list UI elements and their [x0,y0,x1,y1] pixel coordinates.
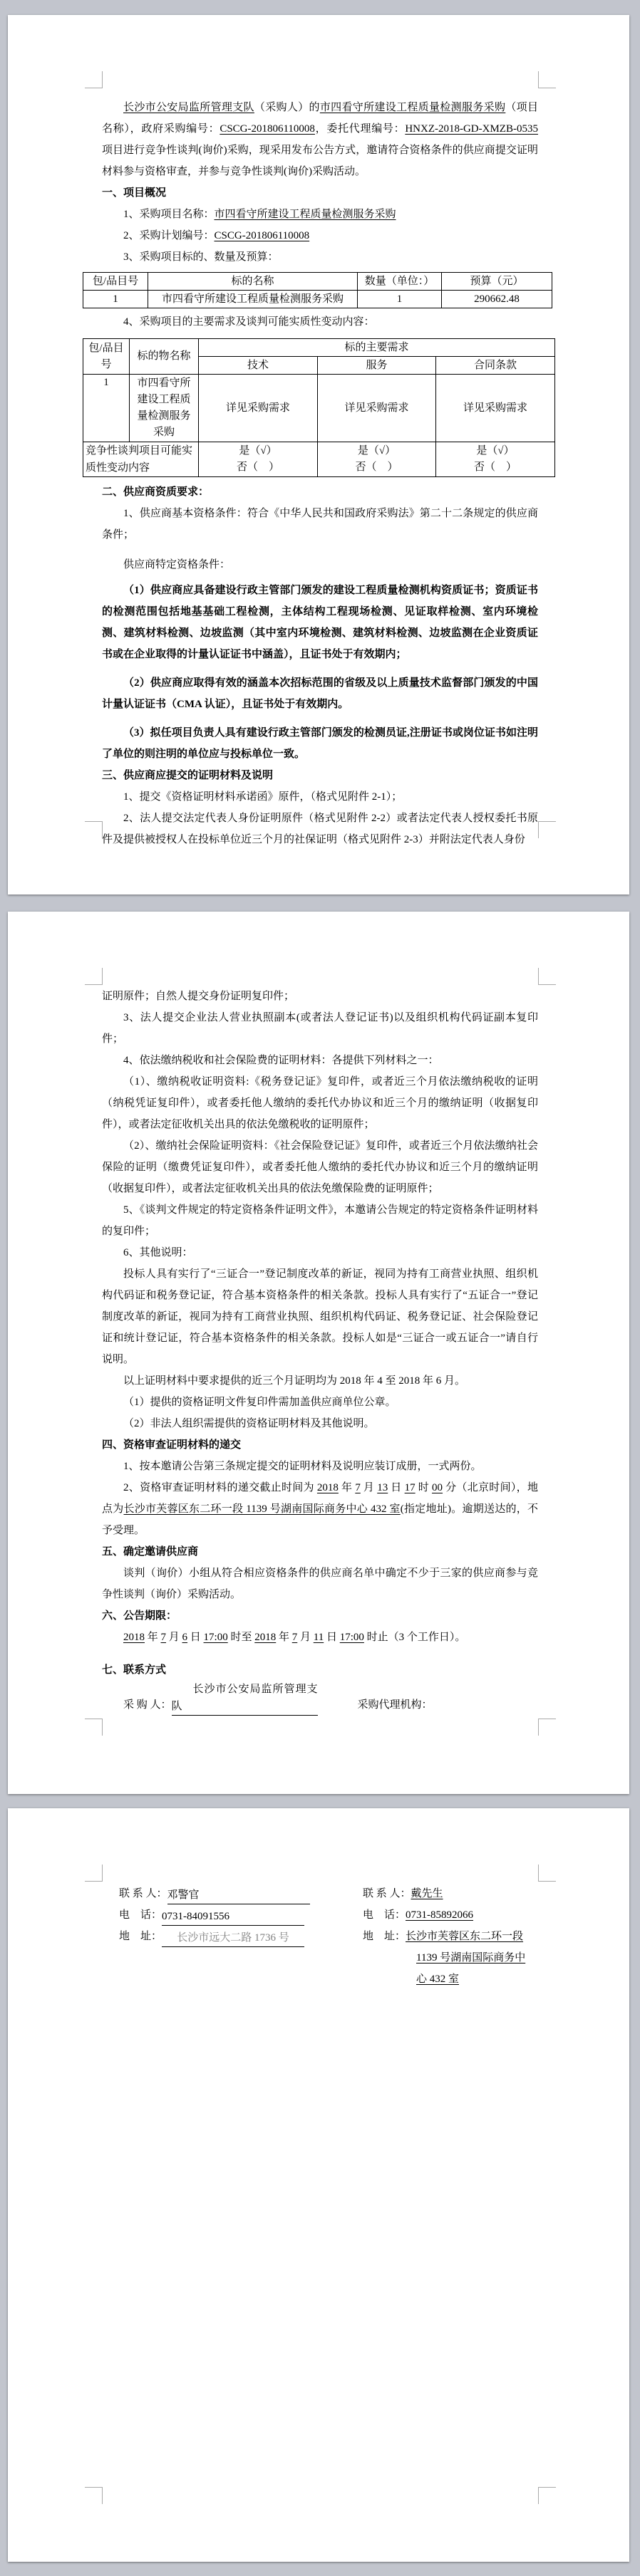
margin-mark-top-left [85,968,103,985]
agency-address-row-3: 心 432 室 [416,1968,459,1990]
page2-content: 证明原件；自然人提交身份证明复印件； 3、法人提交企业法人营业执照副本(或者法人… [102,986,538,1716]
buyer-line: 采 购 人：长沙市公安局监所管理支队采购代理机构： [102,1681,538,1716]
material-2: 2、法人提交法定代表人身份证明原件（格式见附件 2-2）或者法定代表人授权委托书… [102,808,538,850]
item-plan-number: 2、采购计划编号：CSCG-201806110008 [102,225,538,246]
submission-1: 1、按本邀请公告第三条规定提交的证明材料及说明应装订成册，一式两份。 [102,1456,538,1477]
margin-mark-top-right [538,968,556,985]
months-note: 以上证明材料中要求提供的近三个月证明均为 2018 年 4 至 2018 年 6… [102,1370,538,1392]
margin-mark-bottom-left [85,2487,103,2504]
budget-table-data-row: 1 市四看守所建设工程质量检测服务采购 1 290662.48 [83,291,552,308]
section-heading-6: 六、公告期限： [102,1605,538,1627]
section-heading-5: 五、确定邀请供应商 [102,1541,538,1563]
margin-mark-top-right [538,71,556,88]
requirements-data-row: 1 市四看守所建设工程质量检测服务采购 详见采购需求 详见采购需求 详见采购需求 [83,375,555,442]
material-4-2: （2）、缴纳社会保险证明资料：《社会保险登记证》复印件，或者近三个月依法缴纳社会… [102,1135,538,1199]
announcement-period: 2018 年 7 月 6 日 17:00 时至 2018 年 7 月 11 日 … [102,1627,538,1648]
buyer-address-row: 地 址：长沙市远大二路 1736 号 [119,1926,304,1947]
budget-table: 包/品目号 标的名称 数量（单位：） 预算（元） 1 市四看守所建设工程质量检测… [83,272,552,308]
margin-mark-bottom-left [85,821,103,838]
project-name: 市四看守所建设工程质量检测服务采购 [320,102,506,113]
requirements-header-row-1: 包/品目号 标的物名称 标的主要需求 [83,339,555,357]
address-label: 地 址： [119,1931,162,1942]
submission-deadline: 2、资格审查证明材料的递交截止时间为 2018 年 7 月 13 日 17 时 … [102,1477,538,1541]
col-quantity: 数量（单位：） [358,273,442,291]
buyer-contact-name: 邓警官 [167,1887,310,1904]
margin-mark-bottom-right [538,2487,556,2504]
contact-label: 联 系 人： [119,1888,167,1899]
note-2: （2）非法人组织需提供的资格证明材料及其他说明。 [102,1413,538,1434]
material-6: 6、其他说明： [102,1242,538,1263]
agency-phone: 0731-85892066 [406,1909,473,1921]
section-heading-1: 一、项目概况 [102,182,538,204]
buyer-label: 采 购 人： [123,1699,172,1711]
section-heading-4: 四、资格审查证明材料的递交 [102,1434,538,1456]
other-explanations: 投标人具有实行了“三证合一”登记制度改革的新证，视同为持有工商营业执照、组织机构… [102,1263,538,1370]
document-page-3: 联 系 人：邓警官 电 话：0731-84091556 地 址：长沙市远大二路 … [8,1808,629,2562]
document-page-2: 证明原件；自然人提交身份证明复印件； 3、法人提交企业法人营业执照副本(或者法人… [8,912,629,1794]
margin-mark-top-left [85,71,103,88]
document-viewer: { "p1": { "intro": [ "长沙市公安局监所管理支队", "（采… [0,0,640,2576]
buyer-name: 长沙市公安局监所管理支队 [123,102,254,113]
col-budget: 预算（元） [442,273,552,291]
requirements-table: 包/品目号 标的物名称 标的主要需求 技术 服务 合同条款 1 市四看守所建设工… [83,338,555,477]
agency-label: 采购代理机构： [358,1699,433,1711]
basic-qualification: 1、供应商基本资格条件：符合《中华人民共和国政府采购法》第二十二条规定的供应商条… [102,503,538,546]
contact-label: 联 系 人： [363,1888,411,1899]
section-heading-3: 三、供应商应提交的证明材料及说明 [102,765,538,786]
page1-content: 长沙市公安局监所管理支队（采购人）的市四看守所建设工程质量检测服务采购（项目名称… [102,97,538,850]
material-4-1: （1）、缴纳税收证明资料:《税务登记证》复印件，或者近三个月依法缴纳税收的证明（… [102,1071,538,1135]
margin-mark-bottom-left [85,1719,103,1736]
material-5: 5、《谈判文件规定的特定资格条件证明文件》，本邀请公告规定的特定资格条件证明材料… [102,1199,538,1242]
buyer-phone-row: 电 话：0731-84091556 [119,1904,304,1926]
agency-number: HNXZ-2018-GD-XMZB-0535 [405,123,538,135]
note-1: （1）提供的资格证明文件复印件需加盖供应商单位公章。 [102,1392,538,1413]
buyer-address: 长沙市远大二路 1736 号 [162,1929,304,1947]
col-package-no: 包/品目号 [83,339,130,375]
margin-mark-top-right [538,1865,556,1882]
qualification-1: （1）供应商应具备建设行政主管部门颁发的建设工程质量检测机构资质证书；资质证书的… [102,580,538,665]
margin-mark-top-left [85,1865,103,1882]
col-service: 服务 [318,357,436,375]
material-3: 3、法人提交企业法人营业执照副本(或者法人登记证书)以及组织机构代码证副本复印件… [102,1007,538,1050]
col-subject-name: 标的名称 [148,273,358,291]
document-page-1: 长沙市公安局监所管理支队（采购人）的市四看守所建设工程质量检测服务采购（项目名称… [8,15,629,895]
submission-address: 长沙市芙蓉区东二环一段 1139 号湖南国际商务中心 432 室 [124,1503,401,1515]
qualification-2: （2）供应商应取得有效的涵盖本次招标范围的省级及以上质量技术监督部门颁发的中国计… [102,672,538,715]
section-heading-7: 七、联系方式 [102,1659,538,1681]
section-heading-2: 二、供应商资质要求： [102,481,538,503]
agency-phone-row: 电 话：0731-85892066 [363,1904,473,1926]
col-main-requirements: 标的主要需求 [199,339,555,357]
agency-contact-row: 联 系 人：戴先生 [363,1883,443,1904]
agency-address-line2: 1139 号湖南国际商务中 [416,1952,525,1964]
phone-label: 电 话： [119,1909,162,1921]
material-4: 4、依法缴纳税收和社会保险费的证明材料：各提供下列材料之一： [102,1050,538,1071]
procurement-number: CSCG-201806110008 [220,123,315,135]
buyer-value: 长沙市公安局监所管理支队 [172,1681,318,1716]
variation-row: 竞争性谈判项目可能实质性变动内容 是（√）否（ ） 是（√）否（ ） 是（√）否… [83,442,555,477]
address-label: 地 址： [363,1931,406,1942]
agency-address-row: 地 址：长沙市芙蓉区东二环一段 [363,1926,523,1947]
col-contract-terms: 合同条款 [436,357,555,375]
agency-address-row-2: 1139 号湖南国际商务中 [416,1947,525,1968]
margin-mark-bottom-right [538,1719,556,1736]
item-requirements-intro: 4、采购项目的主要需求及谈判可能实质性变动内容： [102,311,538,333]
margin-mark-bottom-right [538,821,556,838]
agency-address-line3: 心 432 室 [416,1973,459,1985]
budget-table-header-row: 包/品目号 标的名称 数量（单位：） 预算（元） [83,273,552,291]
material-2-continued: 证明原件；自然人提交身份证明复印件； [102,986,538,1007]
qualification-3: （3）拟任项目负责人具有建设行政主管部门颁发的检测员证,注册证书或岗位证书如注明… [102,722,538,765]
material-1: 1、提交《资格证明材料承诺函》原件，（格式见附件 2-1）； [102,786,538,808]
col-technical: 技术 [199,357,318,375]
specific-qualification-intro: 供应商特定资格条件： [102,554,538,575]
phone-label: 电 话： [363,1909,406,1921]
buyer-contact-row: 联 系 人：邓警官 [119,1883,310,1904]
agency-contact-name: 戴先生 [411,1888,443,1899]
col-package-no: 包/品目号 [83,273,148,291]
item-project-name: 1、采购项目名称：市四看守所建设工程质量检测服务采购 [102,204,538,225]
item-budget-intro: 3、采购项目标的、数量及预算： [102,246,538,268]
buyer-phone: 0731-84091556 [162,1908,304,1926]
agency-address-line1: 长沙市芙蓉区东二环一段 [406,1931,523,1942]
confirm-suppliers: 谈判（询价）小组从符合相应资格条件的供应商名单中确定不少于三家的供应商参与竞争性… [102,1563,538,1605]
col-subject-name: 标的物名称 [130,339,199,375]
intro-paragraph: 长沙市公安局监所管理支队（采购人）的市四看守所建设工程质量检测服务采购（项目名称… [102,97,538,182]
